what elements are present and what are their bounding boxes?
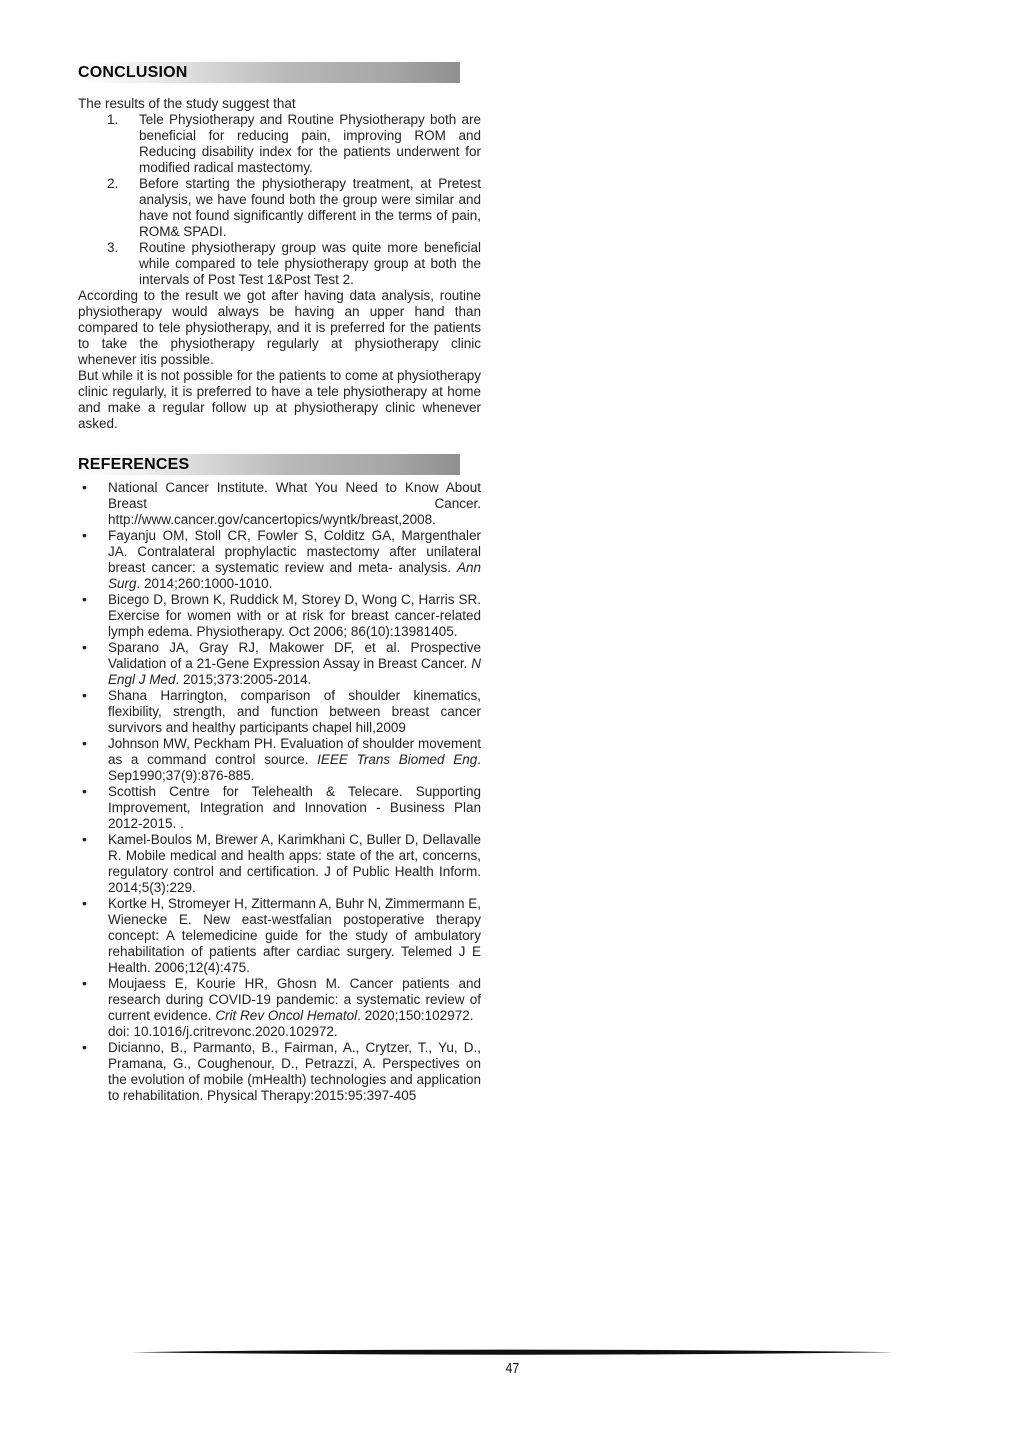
bullet-icon: • <box>82 975 87 991</box>
references-heading-label: REFERENCES <box>78 456 189 473</box>
conclusion-list: 1.Tele Physiotherapy and Routine Physiot… <box>78 112 481 288</box>
bullet-icon: • <box>82 1039 87 1055</box>
bullet-icon: • <box>82 783 87 799</box>
item-text: Routine physiotherapy group was quite mo… <box>139 240 481 287</box>
reference-item: •Kamel-Boulos M, Brewer A, Karimkhani C,… <box>78 832 481 896</box>
item-number: 2. <box>107 176 118 192</box>
reference-item: •Scottish Centre for Telehealth & Teleca… <box>78 784 481 832</box>
reference-journal: IEEE Trans Biomed Eng <box>317 752 477 767</box>
bullet-icon: • <box>82 687 87 703</box>
reference-text: doi: 10.1016/j.critrevonc.2020.102972. <box>108 1024 338 1039</box>
conclusion-item: 2.Before starting the physiotherapy trea… <box>107 176 481 240</box>
reference-item: •Moujaess E, Kourie HR, Ghosn M. Cancer … <box>78 976 481 1040</box>
reference-text: Kamel-Boulos M, Brewer A, Karimkhani C, … <box>108 832 481 895</box>
reference-text: Fayanju OM, Stoll CR, Fowler S, Colditz … <box>108 528 481 575</box>
reference-item: •Shana Harrington, comparison of shoulde… <box>78 688 481 736</box>
reference-journal: Crit Rev Oncol Hematol <box>215 1008 357 1023</box>
reference-text: . 2020;150:102972. <box>357 1008 473 1023</box>
reference-text: . 2015;373:2005-2014. <box>176 672 312 687</box>
references-heading: REFERENCES <box>78 454 460 475</box>
bullet-icon: • <box>82 479 87 495</box>
bullet-icon: • <box>82 639 87 655</box>
item-text: Before starting the physiotherapy treatm… <box>139 176 481 239</box>
conclusion-paragraph: But while it is not possible for the pat… <box>78 368 481 432</box>
bullet-icon: • <box>82 735 87 751</box>
reference-item: •Sparano JA, Gray RJ, Makower DF, et al.… <box>78 640 481 688</box>
references-list: •National Cancer Institute. What You Nee… <box>78 480 481 1104</box>
conclusion-intro: The results of the study suggest that <box>78 96 481 112</box>
reference-text: Scottish Centre for Telehealth & Telecar… <box>108 784 481 831</box>
conclusion-item: 1.Tele Physiotherapy and Routine Physiot… <box>107 112 481 176</box>
bullet-icon: • <box>82 591 87 607</box>
reference-text: Sparano JA, Gray RJ, Makower DF, et al. … <box>108 640 481 671</box>
page-footer: 47 <box>0 1348 1024 1378</box>
bullet-icon: • <box>82 831 87 847</box>
conclusion-paragraphs: According to the result we got after hav… <box>78 288 481 432</box>
reference-text: Kortke H, Stromeyer H, Zittermann A, Buh… <box>108 896 481 975</box>
footer-rule-icon <box>131 1348 893 1357</box>
conclusion-heading-label: CONCLUSION <box>78 64 188 81</box>
page-number: 47 <box>505 1360 519 1377</box>
item-number: 1. <box>107 112 118 128</box>
reference-text: Dicianno, B., Parmanto, B., Fairman, A.,… <box>108 1040 481 1103</box>
item-text: Tele Physiotherapy and Routine Physiothe… <box>139 112 481 175</box>
reference-text: . 2014;260:1000-1010. <box>137 576 273 591</box>
conclusion-paragraph: According to the result we got after hav… <box>78 288 481 368</box>
reference-item: •National Cancer Institute. What You Nee… <box>78 480 481 528</box>
reference-item: •Dicianno, B., Parmanto, B., Fairman, A.… <box>78 1040 481 1104</box>
item-number: 3. <box>107 240 118 256</box>
document-page: CONCLUSION The results of the study sugg… <box>0 0 1024 1448</box>
reference-item: •Johnson MW, Peckham PH. Evaluation of s… <box>78 736 481 784</box>
conclusion-item: 3.Routine physiotherapy group was quite … <box>107 240 481 288</box>
bullet-icon: • <box>82 895 87 911</box>
text-column: CONCLUSION The results of the study sugg… <box>78 62 481 1104</box>
reference-item: •Kortke H, Stromeyer H, Zittermann A, Bu… <box>78 896 481 976</box>
reference-text: Bicego D, Brown K, Ruddick M, Storey D, … <box>108 592 481 639</box>
reference-item: •Fayanju OM, Stoll CR, Fowler S, Colditz… <box>78 528 481 592</box>
conclusion-heading: CONCLUSION <box>78 62 460 83</box>
bullet-icon: • <box>82 527 87 543</box>
reference-text: National Cancer Institute. What You Need… <box>108 480 481 527</box>
reference-text: Shana Harrington, comparison of shoulder… <box>108 688 481 735</box>
reference-item: •Bicego D, Brown K, Ruddick M, Storey D,… <box>78 592 481 640</box>
